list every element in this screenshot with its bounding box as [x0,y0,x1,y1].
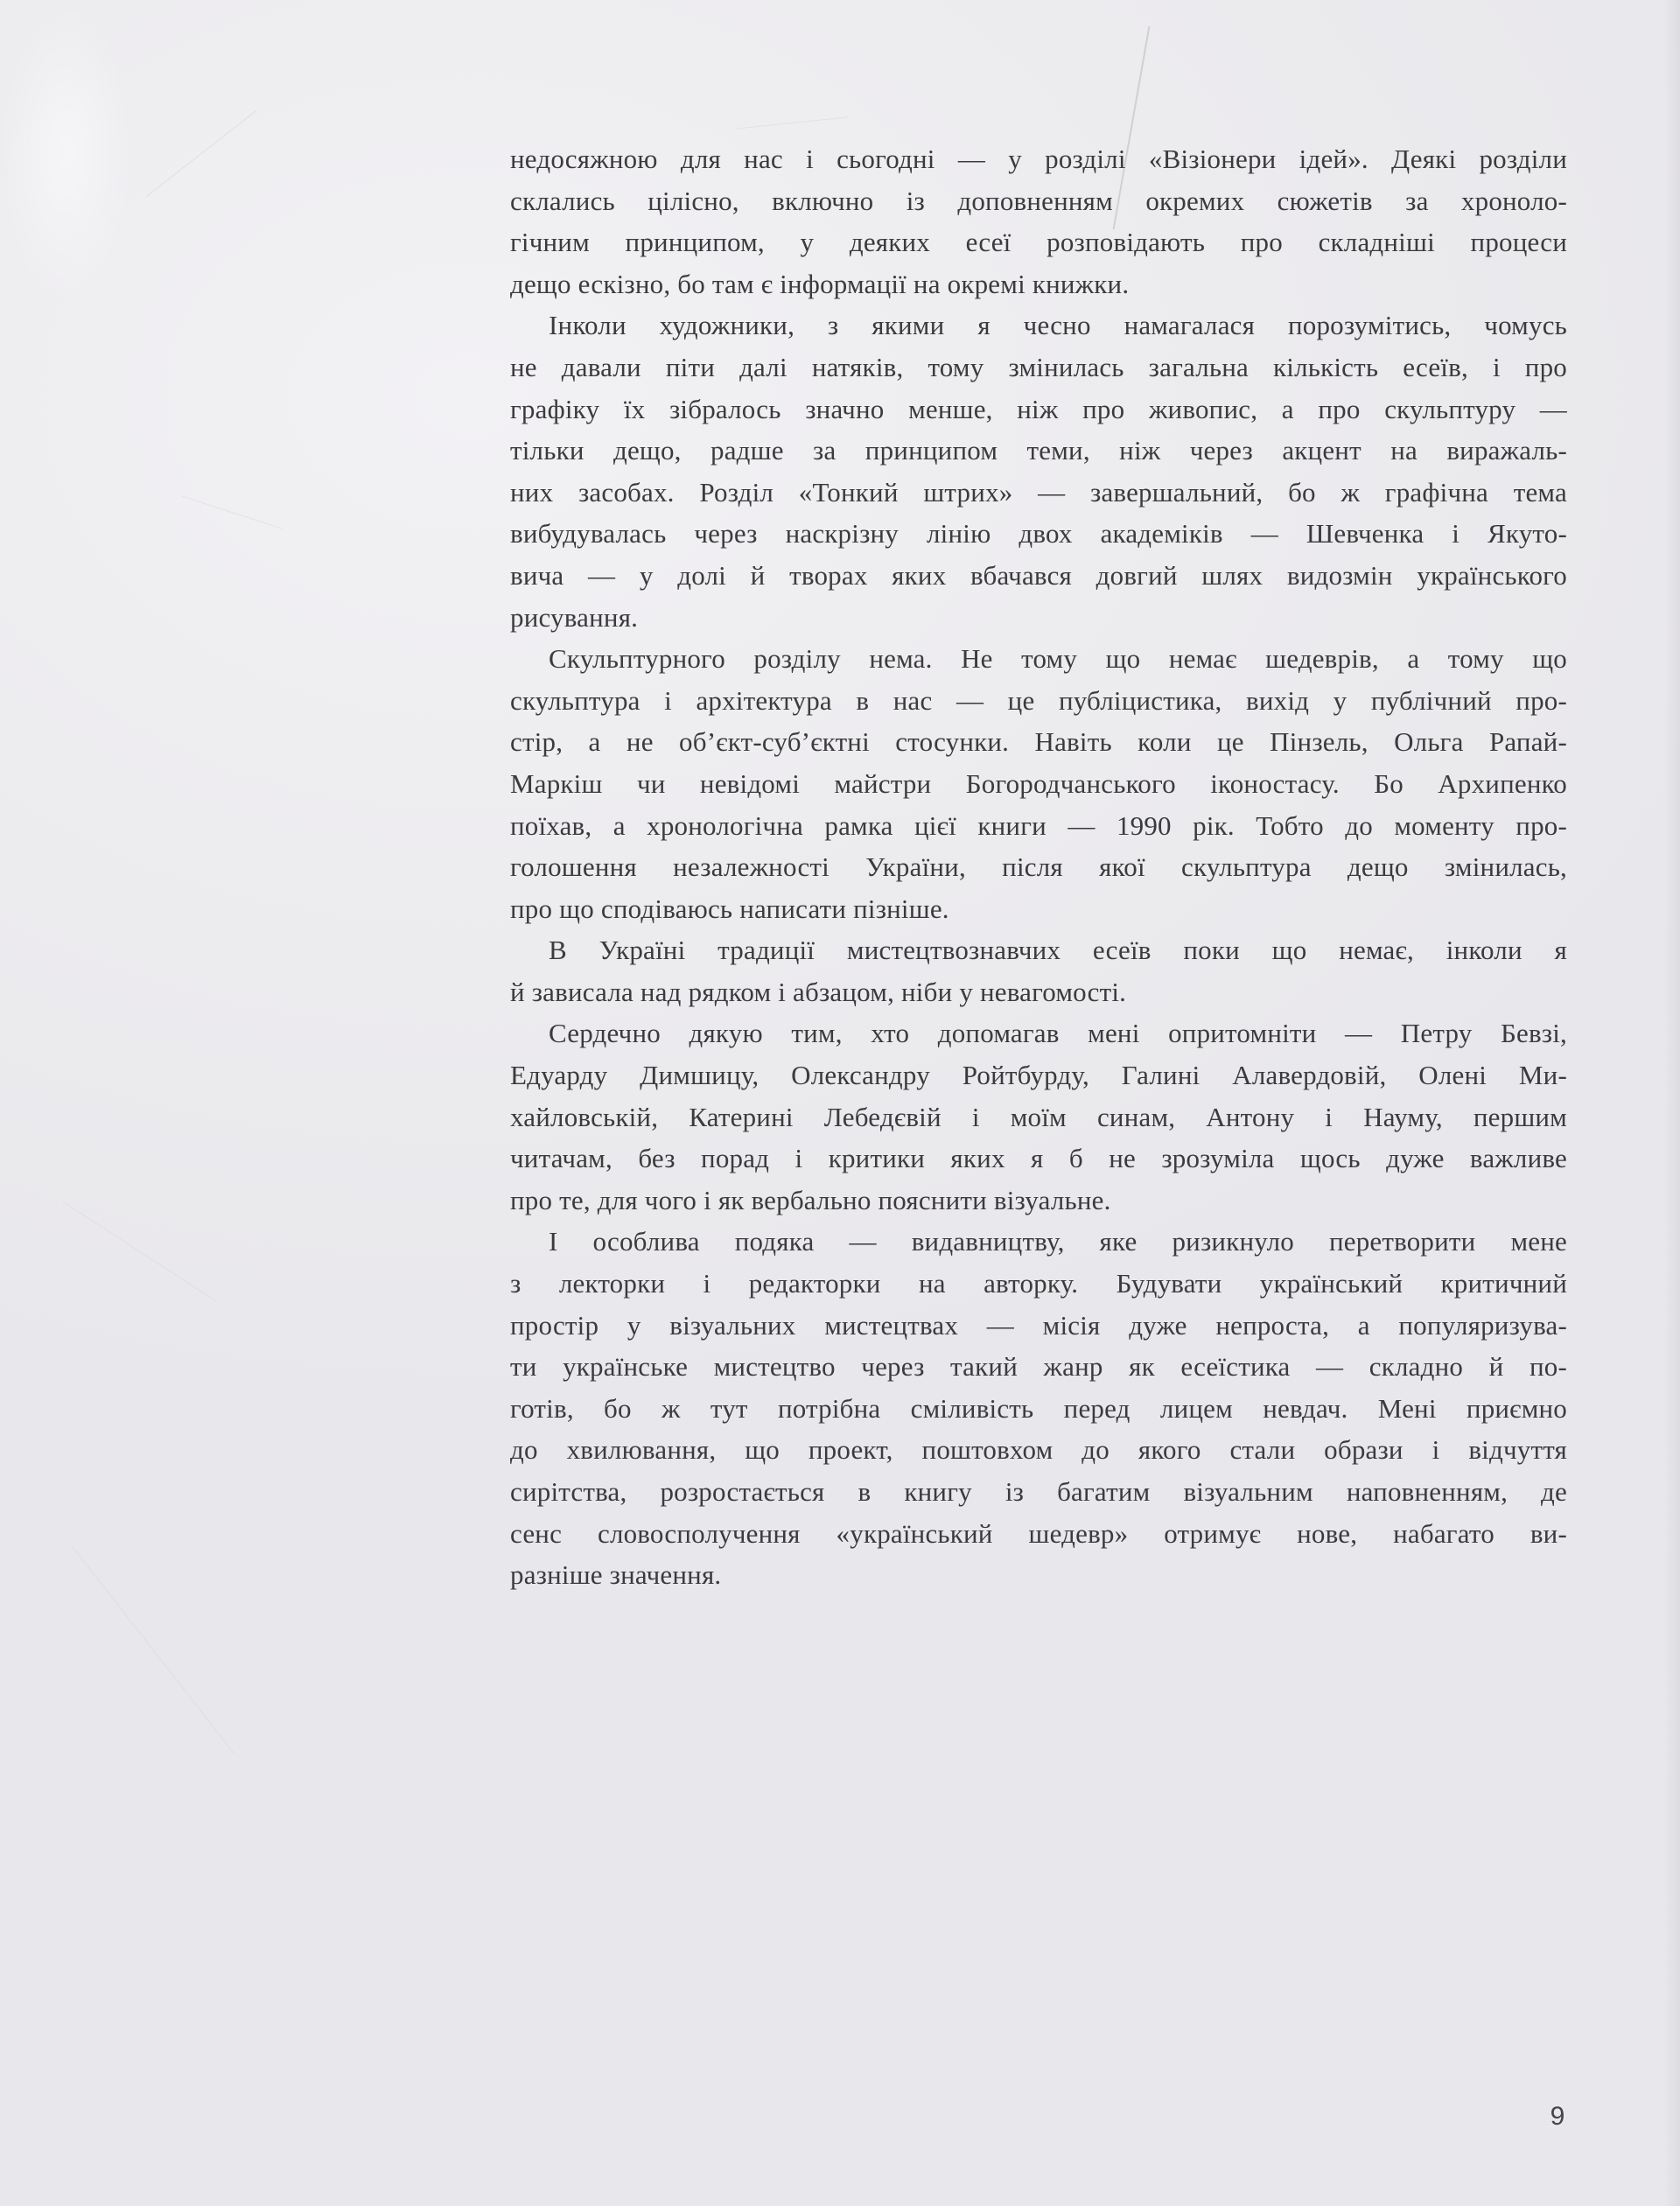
text-line: дещо ескізно, бо там є інформації на окр… [510,263,1567,305]
text-line: І особлива подяка — видавництву, яке риз… [510,1221,1567,1263]
paper-light-corner [0,0,367,613]
text-line: Інколи художники, з якими я чесно намага… [510,305,1567,347]
text-line: вибудувалась через наскрізну лінію двох … [510,513,1567,555]
text-line: гічним принципом, у деяких есеї розповід… [510,221,1567,263]
scan-edge-shade [1664,0,1680,2206]
text-line: недосяжною для нас і сьогодні — у розділ… [510,138,1567,180]
text-block: недосяжною для нас і сьогодні — у розділ… [510,138,1567,1596]
text-line: ти українське мистецтво через такий жанр… [510,1346,1567,1388]
text-line: склались цілісно, включно із доповненням… [510,180,1567,222]
paragraph: Інколи художники, з якими я чесно намага… [510,305,1567,638]
paper-scratch [146,110,257,197]
text-line: голошення незалежності України, після як… [510,846,1567,888]
text-line: готів, бо ж тут потрібна сміливість пере… [510,1388,1567,1430]
paragraph: Сердечно дякую тим, хто допомагав мені о… [510,1012,1567,1221]
text-line: них засобах. Розділ «Тонкий штрих» — зав… [510,472,1567,514]
paper-scratch [182,495,282,529]
text-line: скульптура і архітектура в нас — це публ… [510,680,1567,722]
text-line: поїхав, а хронологічна рамка цієї книги … [510,805,1567,847]
text-line: про те, для чого і як вербально пояснити… [510,1180,1567,1222]
paper-scratch [735,116,848,130]
book-page: недосяжною для нас і сьогодні — у розділ… [0,0,1680,2206]
text-line: В Україні традиції мистецтвознавчих есеї… [510,929,1567,971]
text-line: про що сподіваюсь написати пізніше. [510,888,1567,930]
text-line: тільки дещо, радше за принципом теми, ні… [510,430,1567,472]
text-line: хайловській, Катерині Лебедєвій і моїм с… [510,1096,1567,1138]
text-line: стір, а не об’єкт-суб’єктні стосунки. На… [510,721,1567,763]
paper-scratch [63,1201,218,1302]
text-line: графіку їх зібралось значно менше, ніж п… [510,389,1567,431]
text-line: рисування. [510,597,1567,639]
text-line: сирітства, розростається в книгу із бага… [510,1471,1567,1513]
text-line: простір у візуальних мистецтвах — місія … [510,1305,1567,1347]
text-line: разніше значення. [510,1554,1567,1596]
text-line: Едуарду Димшицу, Олександру Ройтбурду, Г… [510,1054,1567,1096]
text-line: до хвилювання, що проект, поштовхом до я… [510,1429,1567,1471]
text-line: з лекторки і редакторки на авторку. Буду… [510,1263,1567,1305]
paragraph: Скульптурного розділу нема. Не тому що н… [510,638,1567,929]
text-line: Сердечно дякую тим, хто допомагав мені о… [510,1012,1567,1054]
paragraph: недосяжною для нас і сьогодні — у розділ… [510,138,1567,305]
paper-scratch [72,1546,234,1754]
text-line: читачам, без порад і критики яких я б не… [510,1138,1567,1180]
paragraph: І особлива подяка — видавництву, яке риз… [510,1221,1567,1595]
text-line: сенс словосполучення «український шедевр… [510,1513,1567,1555]
text-line: Скульптурного розділу нема. Не тому що н… [510,638,1567,680]
page-number: 9 [1540,2102,1575,2132]
text-line: вича — у долі й творах яких вбачався дов… [510,555,1567,597]
paragraph: В Україні традиції мистецтвознавчих есеї… [510,929,1567,1012]
text-line: й зависала над рядком і абзацом, ніби у … [510,971,1567,1013]
text-line: Маркіш чи невідомі майстри Богородчанськ… [510,763,1567,805]
text-line: не давали піти далі натяків, тому змінил… [510,347,1567,389]
